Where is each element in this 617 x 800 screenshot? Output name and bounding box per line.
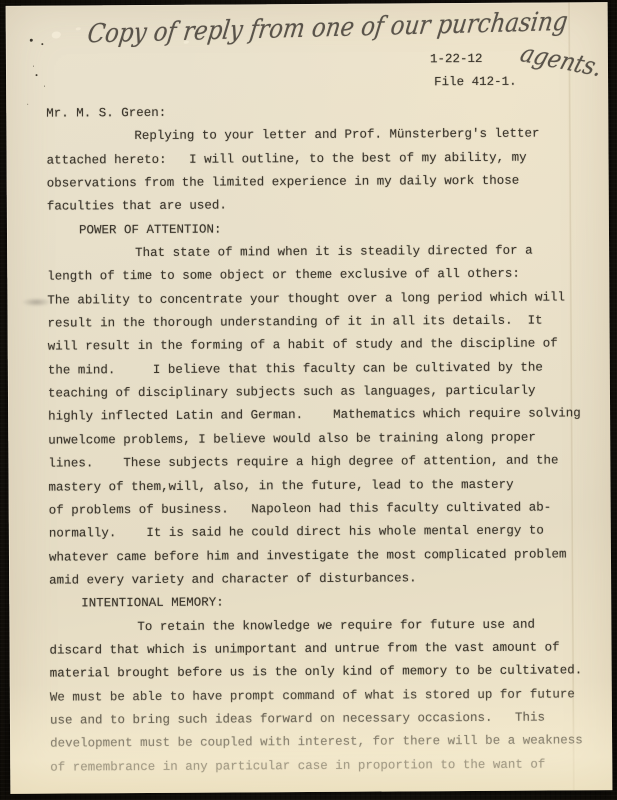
letter-page: Copy of reply from one of our purchasing… xyxy=(6,2,613,794)
typed-line: of remembrance in any particular case in… xyxy=(10,753,612,780)
typed-line: observations from the limited experience… xyxy=(7,169,609,196)
typed-line: Replying to your letter and Prof. Münste… xyxy=(6,123,608,150)
typed-line: highly inflected Latin and German. Mathe… xyxy=(8,403,610,430)
paper-light-chips xyxy=(52,32,61,39)
typed-line: normally. It is said he could direct his… xyxy=(9,519,611,546)
handwritten-annotation-line2: agents. xyxy=(517,39,606,82)
paper-specks xyxy=(30,39,33,42)
typed-body: Mr. M. S. Green:Replying to your letter … xyxy=(6,99,612,780)
typed-line: To retain the knowledge we require for f… xyxy=(9,613,611,640)
typed-line: development must be coupled with interes… xyxy=(10,729,612,756)
file-reference: File 412-1. xyxy=(434,75,517,90)
typed-line: whatever came before him and investigate… xyxy=(9,543,611,570)
handwritten-annotation-line1: Copy of reply from one of our purchasing xyxy=(86,7,570,50)
typed-line: length of time to some object or theme e… xyxy=(7,263,609,290)
typed-line: material brought before us is the only k… xyxy=(10,659,612,686)
typed-line: will result in the forming of a habit of… xyxy=(8,333,610,360)
typed-line: lines. These subjects require a high deg… xyxy=(8,449,610,476)
date-stamp: 1-22-12 xyxy=(430,52,483,66)
